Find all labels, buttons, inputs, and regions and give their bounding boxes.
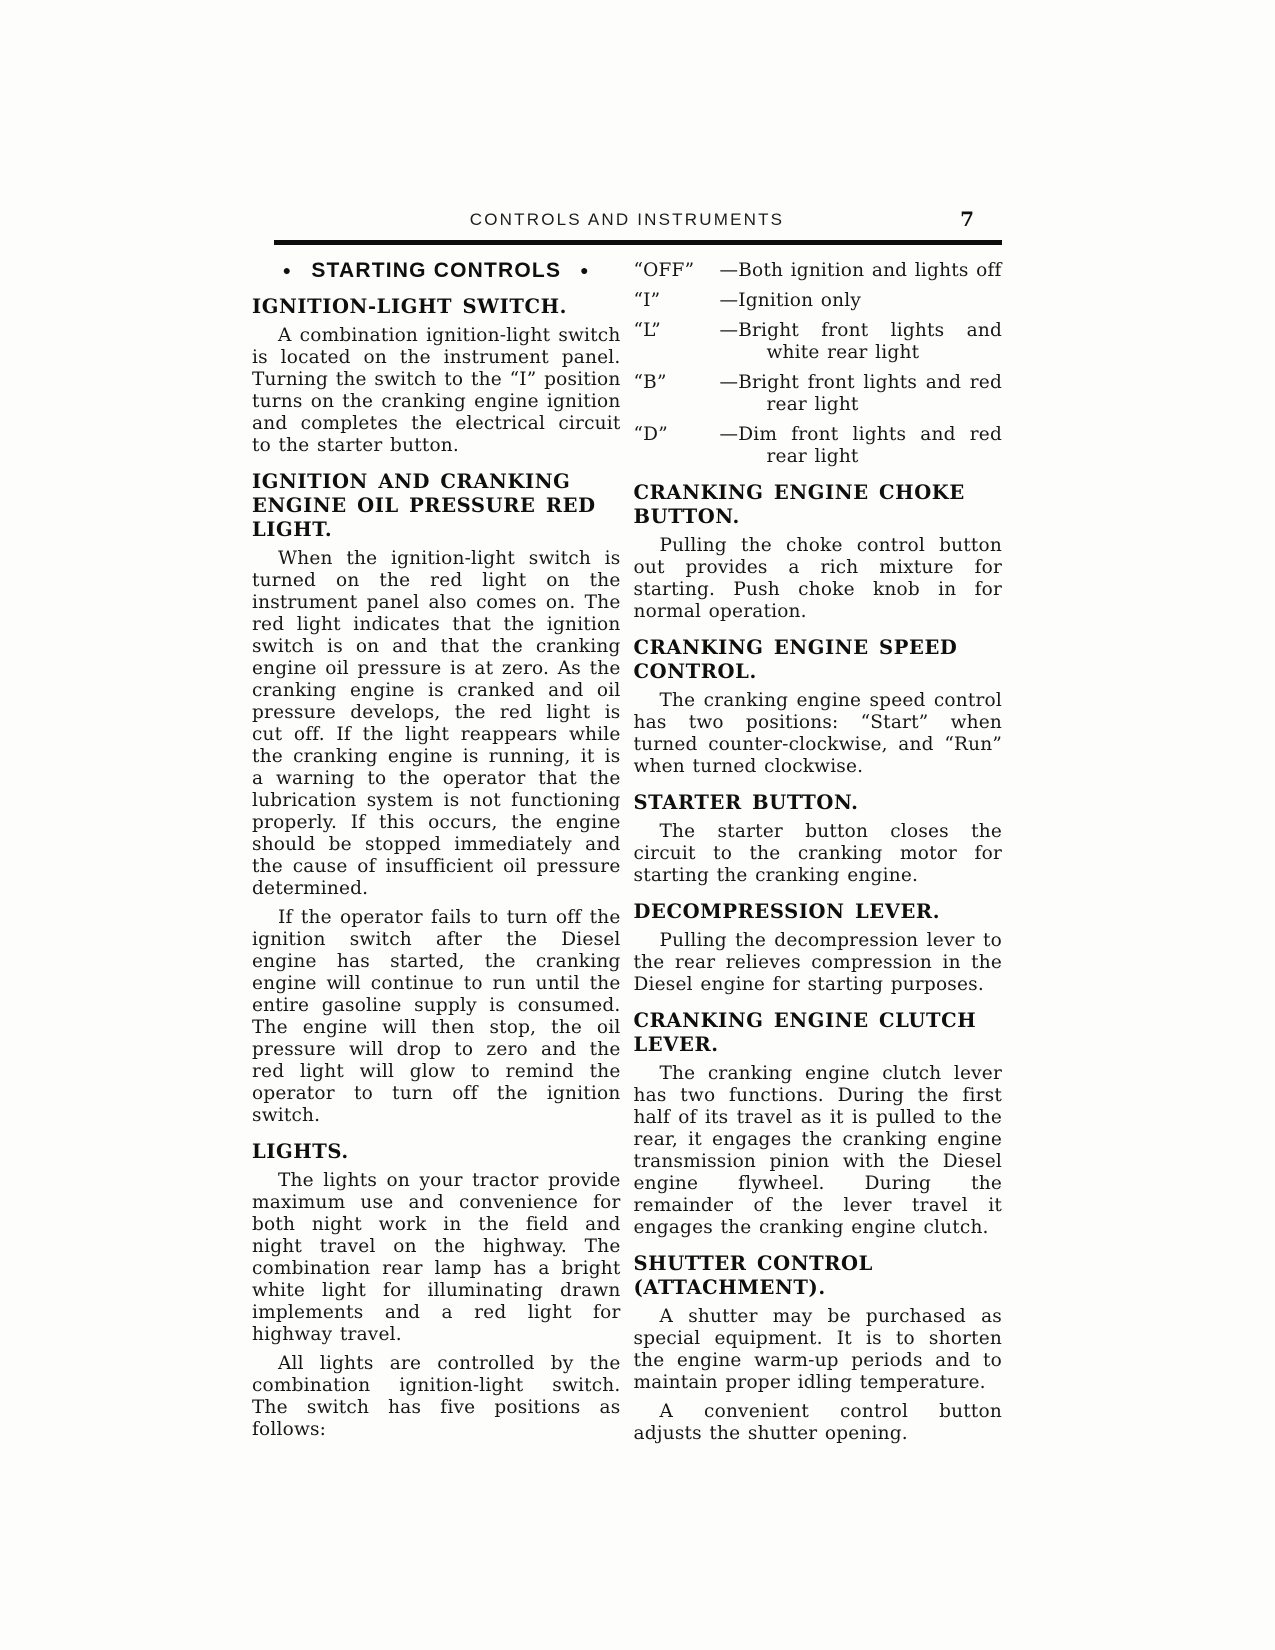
- switch-position-def: —Dim front lights and red rear light: [720, 424, 1003, 468]
- left-column: ●STARTING CONTROLS● IGNITION-LIGHT SWITC…: [252, 256, 621, 1452]
- section-heading-ignition-light-switch: IGNITION-LIGHT SWITCH.: [252, 295, 621, 319]
- section-heading-oil-pressure-red-light: IGNITION AND CRANKING ENGINE OIL PRESSUR…: [252, 470, 621, 542]
- switch-positions-list: “OFF” —Both ignition and lights off “I” …: [634, 260, 1003, 468]
- section-heading-shutter-control: SHUTTER CONTROL (ATTACHMENT).: [634, 1252, 1003, 1300]
- section-heading-decompression-lever: DECOMPRESSION LEVER.: [634, 900, 1003, 924]
- two-column-layout: ●STARTING CONTROLS● IGNITION-LIGHT SWITC…: [252, 256, 1002, 1452]
- paragraph: The cranking engine speed control has tw…: [634, 690, 1003, 778]
- paragraph: When the ignition-light switch is turned…: [252, 548, 621, 900]
- section-heading-starter-button: STARTER BUTTON.: [634, 791, 1003, 815]
- manual-page: CONTROLS AND INSTRUMENTS 7 ●STARTING CON…: [0, 0, 1275, 1650]
- starting-controls-title: ●STARTING CONTROLS●: [252, 259, 621, 283]
- switch-position-term: “D”: [634, 424, 720, 446]
- section-heading-choke-button: CRANKING ENGINE CHOKE BUTTON.: [634, 481, 1003, 529]
- switch-position-term: “B”: [634, 372, 720, 394]
- switch-position-row: “L” —Bright front lights and white rear …: [634, 320, 1003, 364]
- paragraph: A combination ignition-light switch is l…: [252, 325, 621, 457]
- paragraph: Pulling the decompression lever to the r…: [634, 930, 1003, 996]
- running-header: CONTROLS AND INSTRUMENTS 7: [252, 204, 1002, 238]
- section-heading-lights: LIGHTS.: [252, 1140, 621, 1164]
- paragraph: A convenient control button adjusts the …: [634, 1401, 1003, 1445]
- starting-controls-title-text: STARTING CONTROLS: [311, 259, 561, 282]
- right-column: “OFF” —Both ignition and lights off “I” …: [634, 256, 1003, 1452]
- section-heading-clutch-lever: CRANKING ENGINE CLUTCH LEVER.: [634, 1009, 1003, 1057]
- switch-position-def: —Ignition only: [720, 290, 1003, 312]
- page-number: 7: [960, 207, 974, 231]
- switch-position-row: “D” —Dim front lights and red rear light: [634, 424, 1003, 468]
- switch-position-term: “I”: [634, 290, 720, 312]
- paragraph: The starter button closes the circuit to…: [634, 821, 1003, 887]
- switch-position-row: “I” —Ignition only: [634, 290, 1003, 312]
- page-content: CONTROLS AND INSTRUMENTS 7 ●STARTING CON…: [252, 204, 1002, 1452]
- paragraph: The cranking engine clutch lever has two…: [634, 1063, 1003, 1239]
- switch-position-def: —Both ignition and lights off: [720, 260, 1003, 282]
- switch-position-row: “B” —Bright front lights and red rear li…: [634, 372, 1003, 416]
- switch-position-term: “L”: [634, 320, 720, 342]
- paragraph: A shutter may be purchased as special eq…: [634, 1306, 1003, 1394]
- switch-position-def: —Bright front lights and white rear ligh…: [720, 320, 1003, 364]
- bullet-icon: ●: [580, 262, 590, 278]
- paragraph: If the operator fails to turn off the ig…: [252, 907, 621, 1127]
- section-heading-speed-control: CRANKING ENGINE SPEED CONTROL.: [634, 636, 1003, 684]
- paragraph: Pulling the choke control button out pro…: [634, 535, 1003, 623]
- paragraph: The lights on your tractor provide maxim…: [252, 1170, 621, 1346]
- switch-position-term: “OFF”: [634, 260, 720, 282]
- switch-position-def: —Bright front lights and red rear light: [720, 372, 1003, 416]
- switch-position-row: “OFF” —Both ignition and lights off: [634, 260, 1003, 282]
- paragraph: All lights are controlled by the combina…: [252, 1353, 621, 1441]
- bullet-icon: ●: [283, 262, 293, 278]
- header-rule: [274, 240, 1002, 245]
- header-title: CONTROLS AND INSTRUMENTS: [252, 210, 1002, 230]
